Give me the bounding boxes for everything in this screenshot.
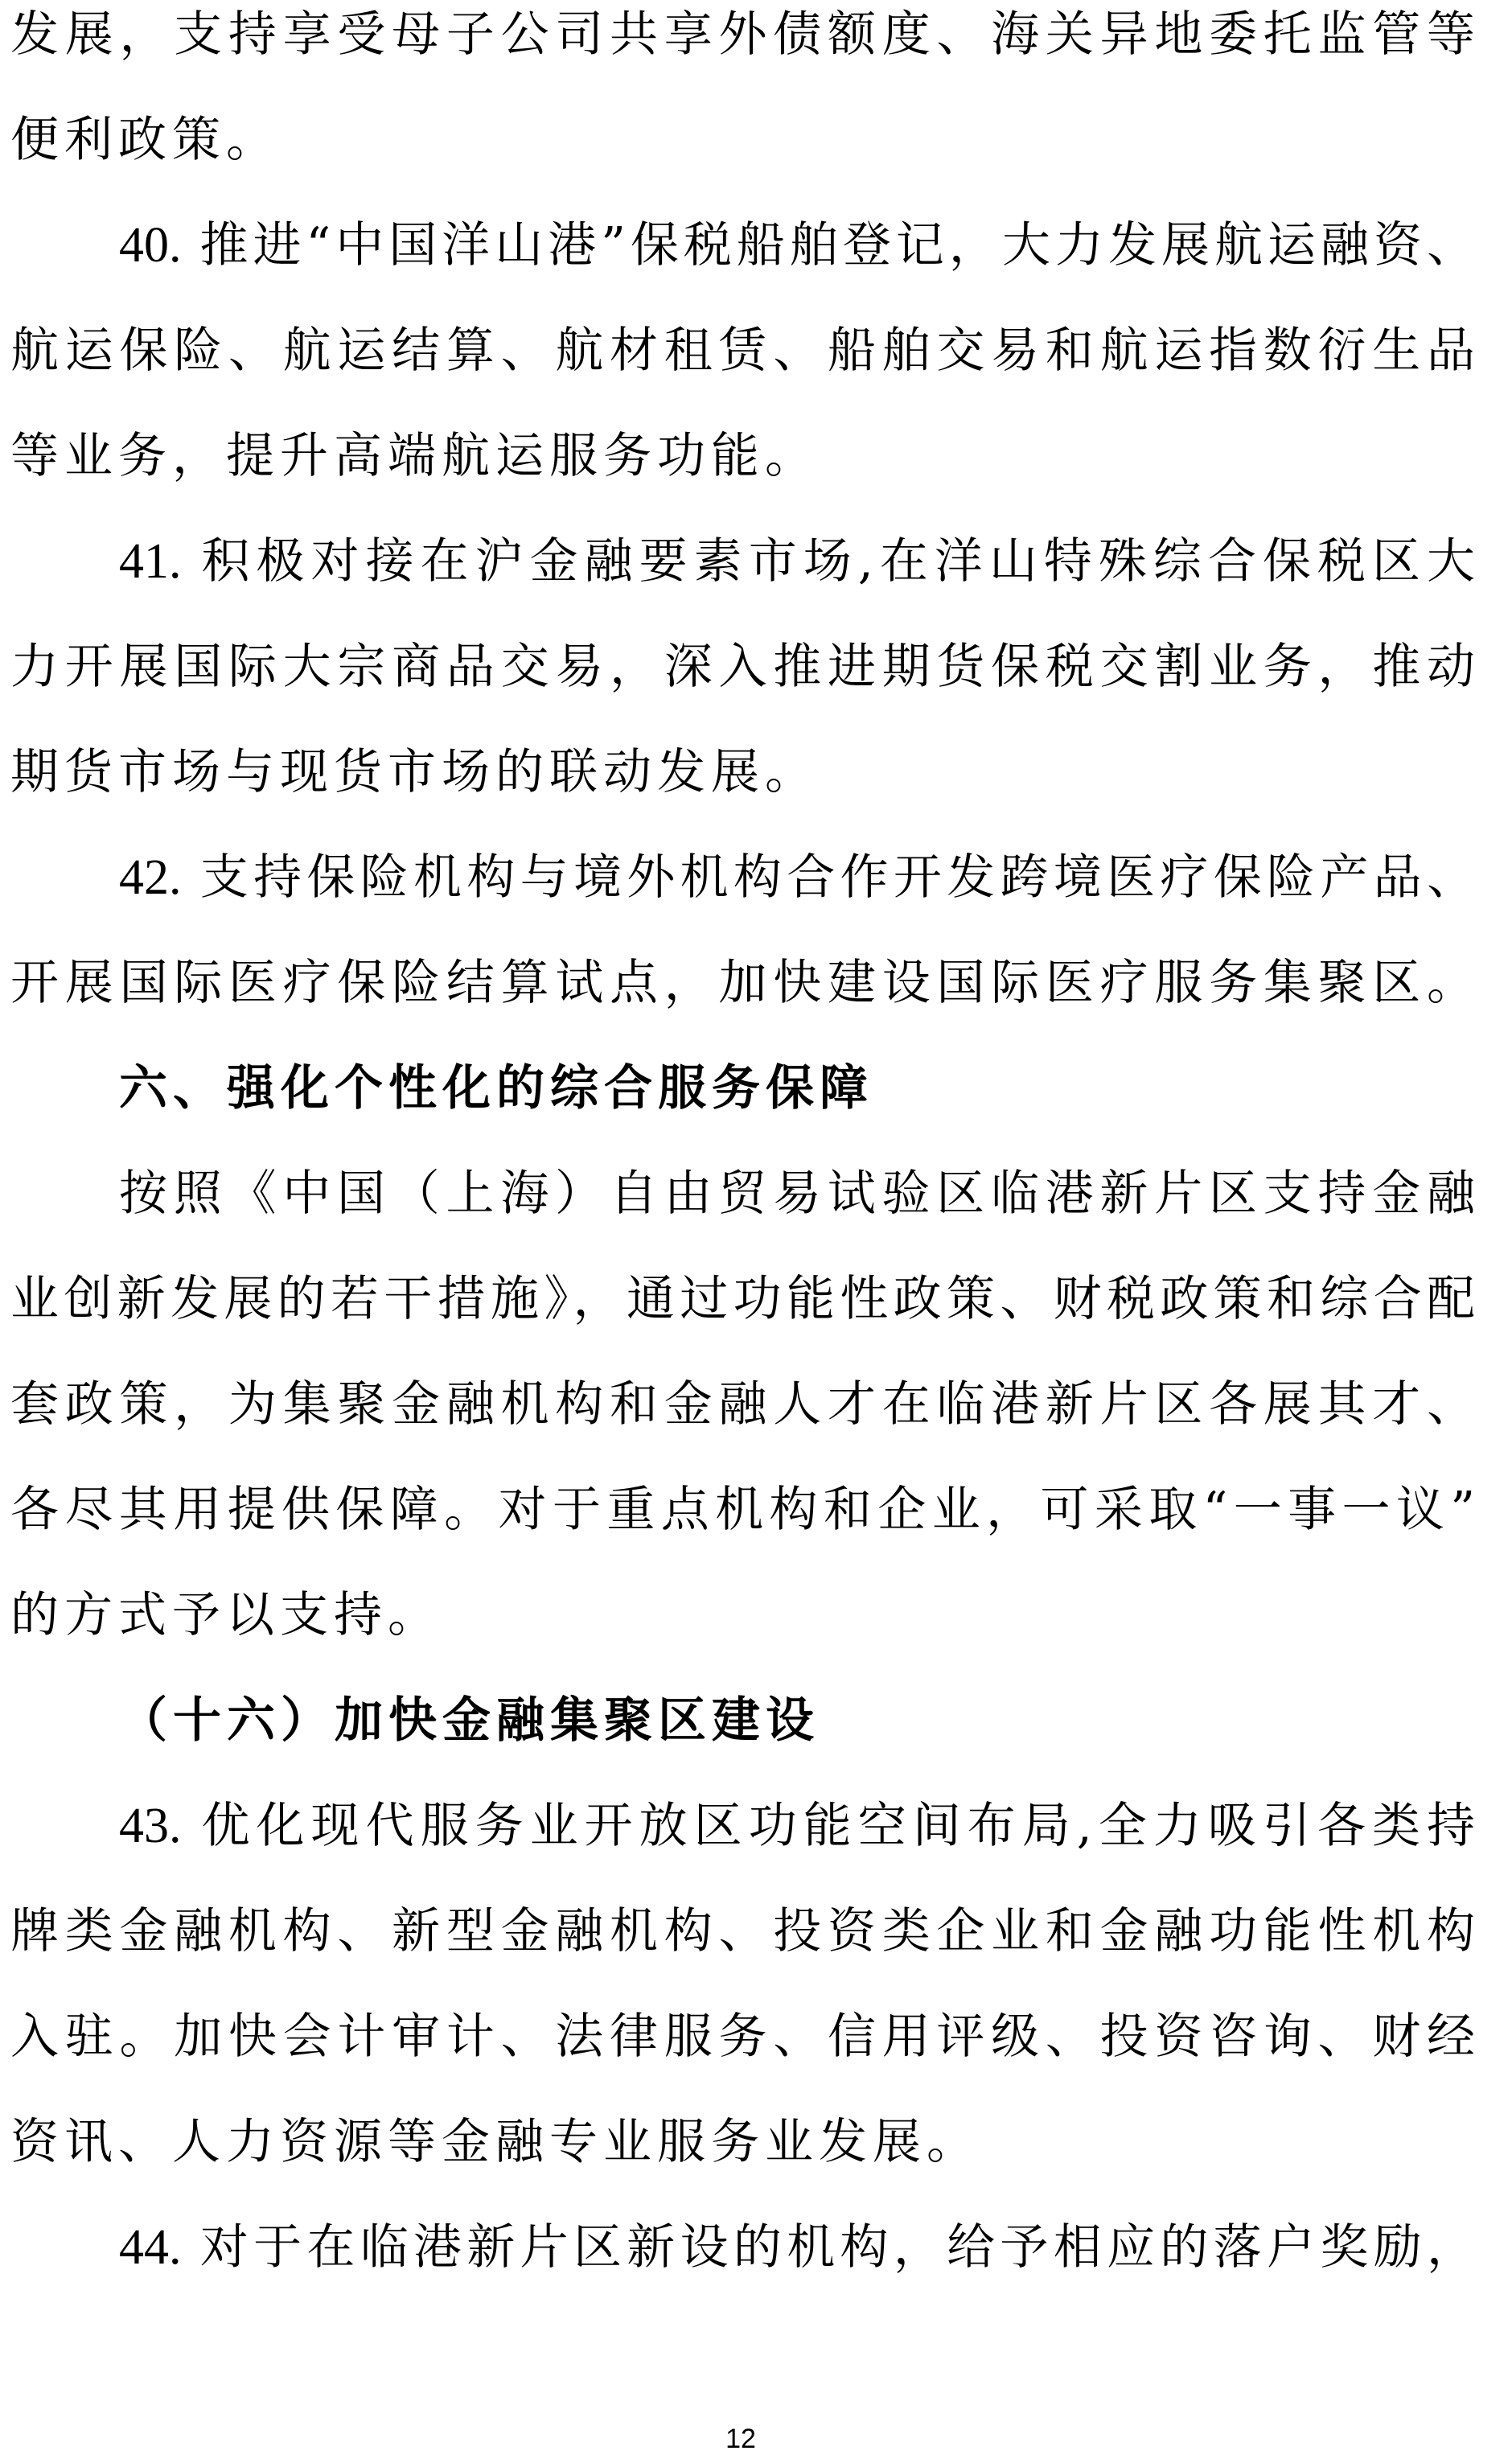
item-number: 43. [119, 1799, 182, 1853]
item-number: 41. [119, 534, 182, 589]
text-line: 力开展国际大宗商品交易，深入推进期货保税交割业务，推动 [10, 615, 1477, 720]
text-line: 发展，支持享受母子公司共享外债额度、海关异地委托监管等 [10, 0, 1477, 88]
item-number: 44. [119, 2220, 182, 2275]
text-line: 43.优化现代服务业开放区功能空间布局,全力吸引各类持 [10, 1774, 1477, 1879]
numbered-item-42: 42.支持保险机构与境外机构合作开发跨境医疗保险产品、 开展国际医疗保险结算试点… [10, 825, 1477, 1036]
text-line: 入驻。加快会计审计、法律服务、信用评级、投资咨询、财经 [10, 1984, 1477, 2090]
line-text: 积极对接在沪金融要素市场,在洋山特殊综合保税区大 [198, 533, 1478, 590]
line-text: 优化现代服务业开放区功能空间布局,全力吸引各类持 [198, 1798, 1478, 1854]
text-line: 40.推进“中国洋山港”保税船舶登记，大力发展航运融资、 [10, 193, 1477, 298]
text-line: 牌类金融机构、新型金融机构、投资类企业和金融功能性机构 [10, 1879, 1477, 1984]
text-line: 套政策，为集聚金融机构和金融人才在临港新片区各展其才、 [10, 1352, 1477, 1458]
paragraph-measures: 按照《中国（上海）自由贸易试验区临港新片区支持金融 业创新发展的若干措施》，通过… [10, 1141, 1477, 1668]
text-line: 期货市场与现货市场的联动发展。 [10, 720, 1477, 825]
text-line: 各尽其用提供保障。对于重点机构和企业，可采取“一事一议” [10, 1458, 1477, 1563]
text-line: 便利政策。 [10, 88, 1477, 193]
page-number: 12 [708, 2423, 774, 2455]
item-number: 42. [119, 850, 182, 905]
text-line: 44.对于在临港新片区新设的机构，给予相应的落户奖励， [10, 2195, 1477, 2301]
text-line: 41.积极对接在沪金融要素市场,在洋山特殊综合保税区大 [10, 509, 1477, 615]
text-line: 资讯、人力资源等金融专业服务业发展。 [10, 2090, 1477, 2195]
numbered-item-44: 44.对于在临港新片区新设的机构，给予相应的落户奖励， [10, 2195, 1477, 2301]
text-line: 航运保险、航运结算、航材租赁、船舶交易和航运指数衍生品 [10, 298, 1477, 404]
line-text: 支持保险机构与境外机构合作开发跨境医疗保险产品、 [198, 849, 1478, 906]
item-number: 40. [119, 218, 182, 273]
numbered-item-41: 41.积极对接在沪金融要素市场,在洋山特殊综合保税区大 力开展国际大宗商品交易，… [10, 509, 1477, 825]
text-line: 的方式予以支持。 [10, 1563, 1477, 1668]
text-line: 业创新发展的若干措施》，通过功能性政策、财税政策和综合配 [10, 1247, 1477, 1352]
document-body: 发展，支持享受母子公司共享外债额度、海关异地委托监管等 便利政策。 40.推进“… [10, 0, 1477, 2301]
text-line: 42.支持保险机构与境外机构合作开发跨境医疗保险产品、 [10, 825, 1477, 931]
subsection-heading: （十六）加快金融集聚区建设 [10, 1668, 1477, 1774]
paragraph-continuation: 发展，支持享受母子公司共享外债额度、海关异地委托监管等 便利政策。 [10, 0, 1477, 193]
text-line: 按照《中国（上海）自由贸易试验区临港新片区支持金融 [10, 1141, 1477, 1247]
section-heading: 六、强化个性化的综合服务保障 [10, 1036, 1477, 1141]
text-line: 等业务，提升高端航运服务功能。 [10, 404, 1477, 509]
line-text: 对于在临港新片区新设的机构，给予相应的落户奖励， [198, 2219, 1478, 2276]
line-text: 推进“中国洋山港”保税船舶登记，大力发展航运融资、 [198, 217, 1478, 273]
numbered-item-43: 43.优化现代服务业开放区功能空间布局,全力吸引各类持 牌类金融机构、新型金融机… [10, 1774, 1477, 2195]
text-line: 开展国际医疗保险结算试点，加快建设国际医疗服务集聚区。 [10, 931, 1477, 1036]
numbered-item-40: 40.推进“中国洋山港”保税船舶登记，大力发展航运融资、 航运保险、航运结算、航… [10, 193, 1477, 509]
